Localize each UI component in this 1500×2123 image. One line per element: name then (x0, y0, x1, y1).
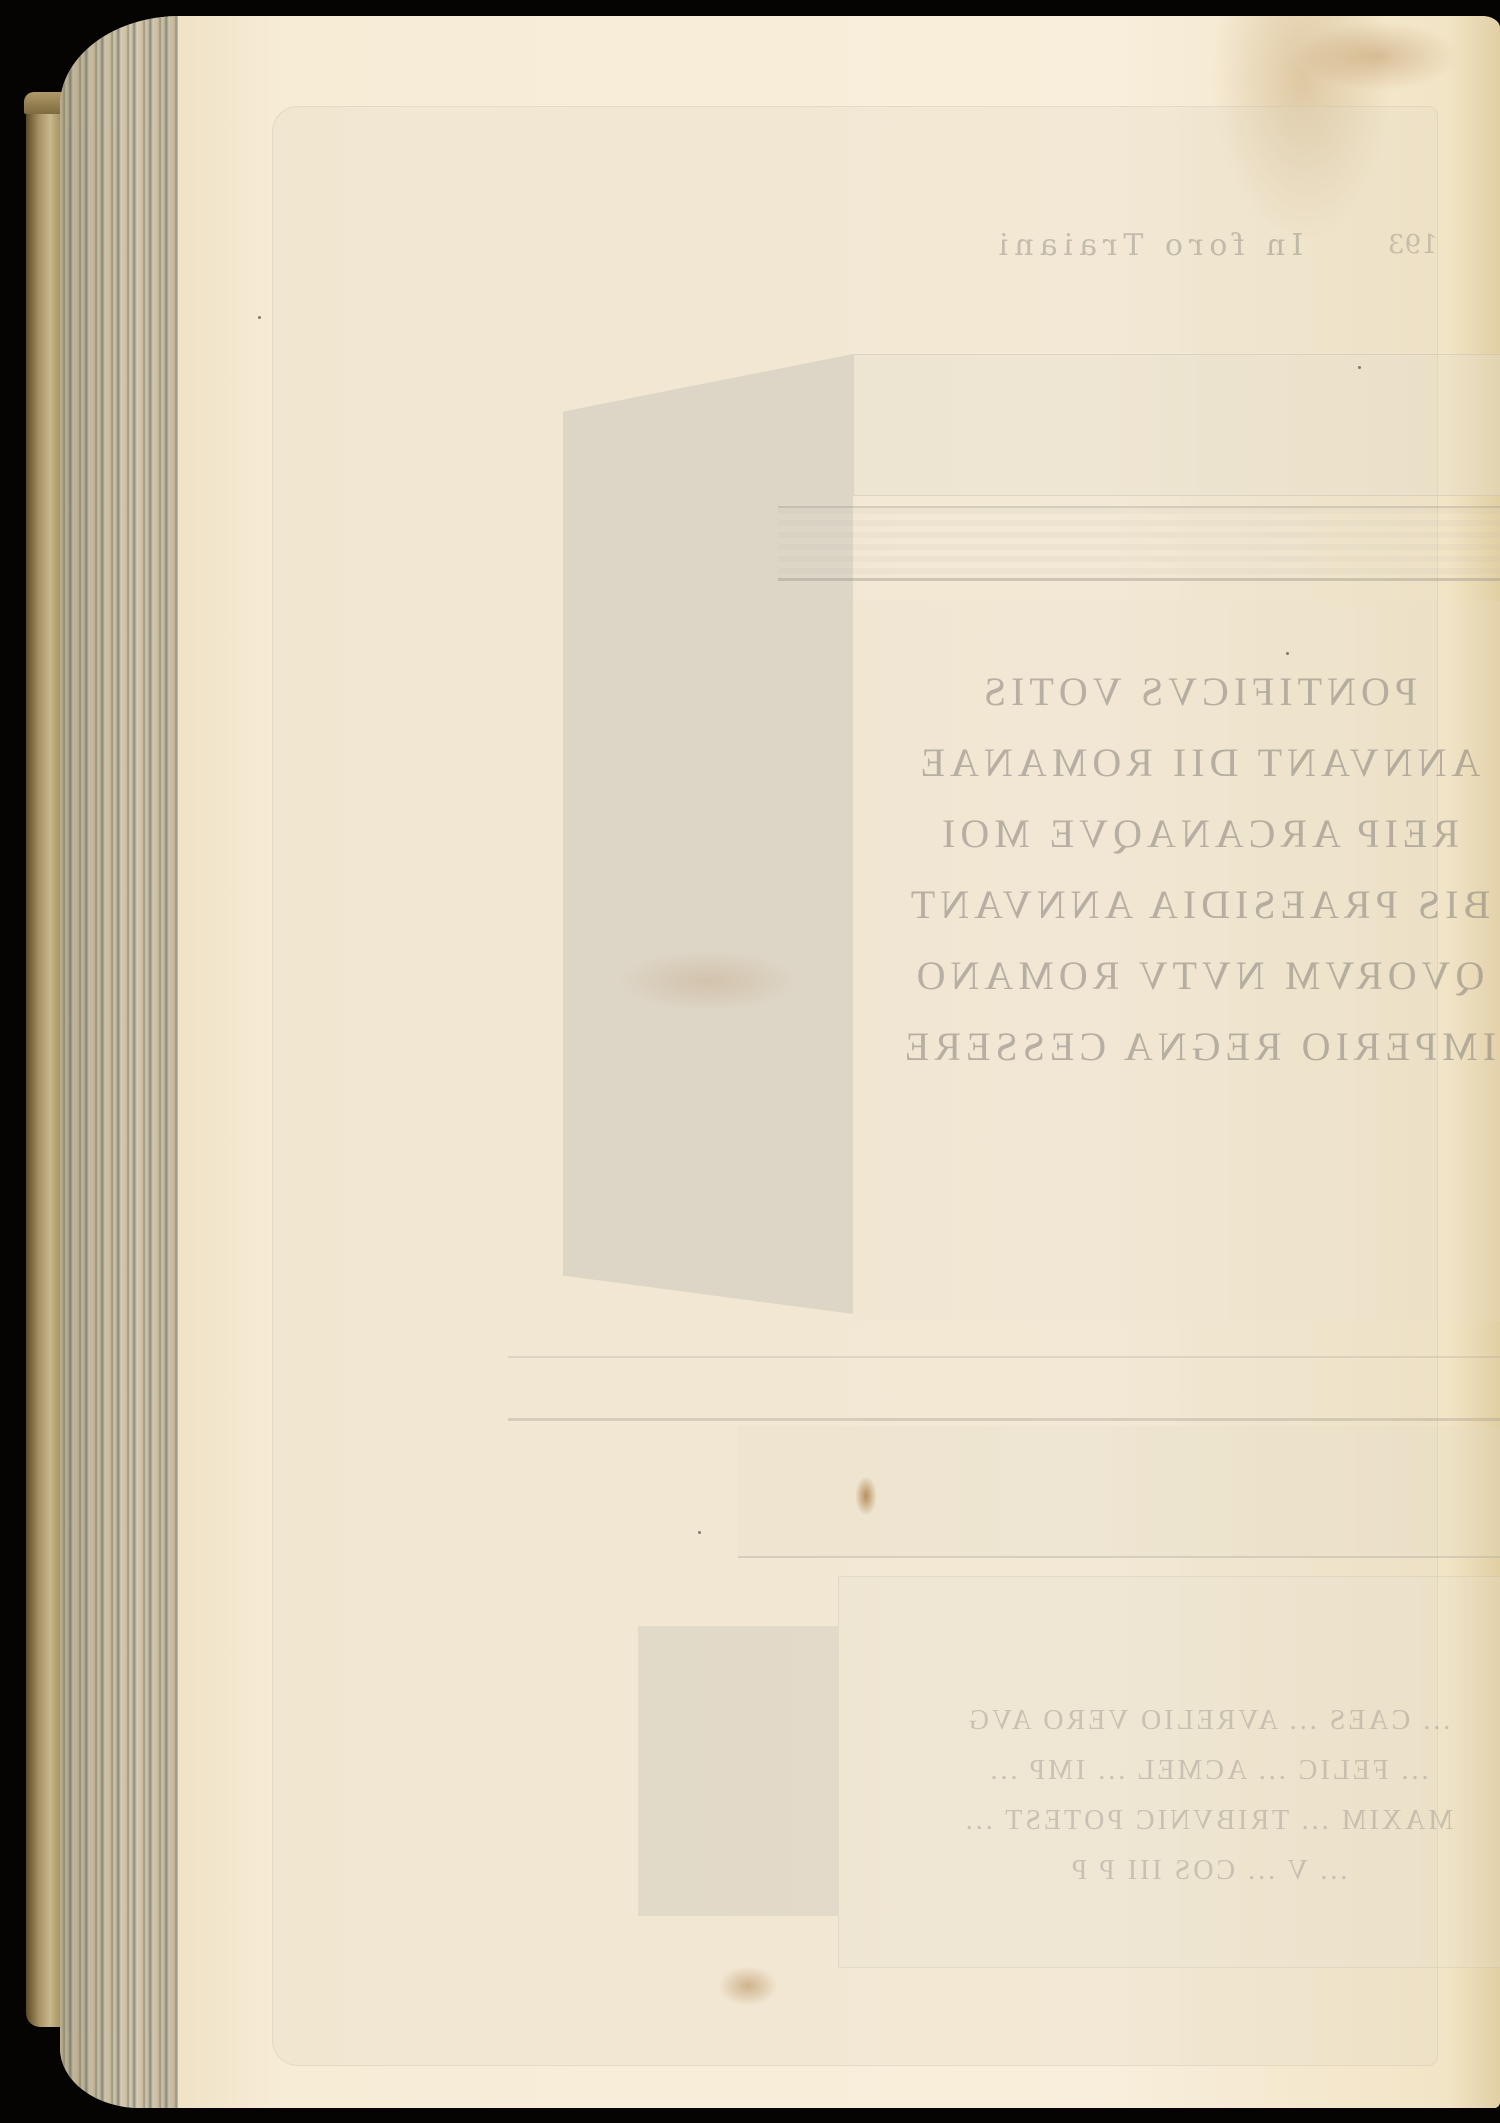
monument-shaded-side (563, 354, 853, 1314)
foxing-stain (1298, 21, 1458, 91)
monument-cornice (778, 506, 1500, 581)
paper-speck (698, 1531, 701, 1534)
inscription-line: ... CAES ... AVRELIO VERO AVG (848, 1696, 1500, 1746)
foxing-stain (718, 1966, 778, 2006)
paper-speck (258, 316, 261, 319)
monument-base-moulding (508, 1356, 1500, 1421)
main-inscription: PONTIFICVS VOTIS ANNVANT DII ROMANAE REI… (868, 656, 1500, 1082)
paper-speck (1358, 366, 1361, 369)
paper-speck (1286, 652, 1289, 655)
lower-block-shaded-side (638, 1626, 838, 1916)
foxing-stain (618, 951, 798, 1011)
inscription-line: QVORVM NVTV ROMANO (868, 940, 1500, 1011)
lower-inscription: ... CAES ... AVRELIO VERO AVG ... FELIC … (848, 1696, 1500, 1896)
page-paper: In foro Traiani 193 PONTIFICVS VOTIS ANN… (178, 16, 1500, 2108)
book-page: In foro Traiani 193 PONTIFICVS VOTIS ANN… (60, 16, 1500, 2108)
inscription-line: PONTIFICVS VOTIS (868, 656, 1500, 727)
foxing-stain (855, 1476, 877, 1516)
page-number: 193 (1388, 230, 1438, 260)
monument-plinth (738, 1426, 1500, 1558)
inscription-line: MAXIM ... TRIBVNIC POTEST ... (848, 1796, 1500, 1846)
inscription-line: ... FELIC ... ACMEL ... IMP ... (848, 1746, 1500, 1796)
page-fore-edge (60, 16, 178, 2108)
inscription-line: IMPERIO REGNA CESSERE (868, 1011, 1500, 1082)
inscription-line: REIP ARCANAQVE MOI (868, 798, 1500, 869)
inscription-line: ANNVANT DII ROMANAE (868, 727, 1500, 798)
monument-upper-block (853, 354, 1500, 496)
inscription-line: ... V ... COS III P P (848, 1846, 1500, 1896)
inscription-line: BIS PRAESIDIA ANNVANT (868, 869, 1500, 940)
